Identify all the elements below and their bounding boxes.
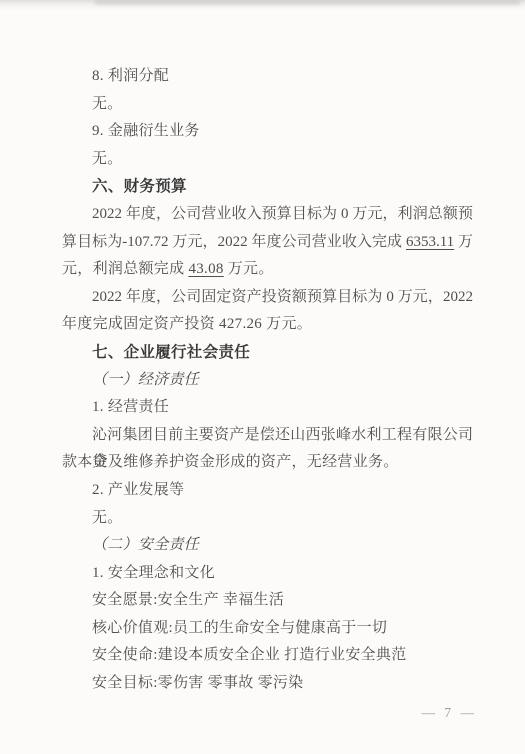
text-run: 万元。 <box>224 261 274 277</box>
subheading-safety-responsibility: （二）安全责任 <box>62 532 473 560</box>
text-run: 万 <box>454 234 473 250</box>
text-none-1: 无。 <box>62 91 473 119</box>
item-industry-development: 2. 产业发展等 <box>62 477 473 505</box>
line-safety-goals: 安全目标:零伤害 零事故 零污染 <box>62 670 473 698</box>
text-run: 算目标为-107.72 万元，2022 年度公司营业收入完成 <box>62 234 406 250</box>
underlined-profit-value: 43.08 <box>188 261 223 277</box>
para-budget-revenue-line1: 2022 年度，公司营业收入预算目标为 0 万元，利润总额预 <box>62 201 473 229</box>
item-financial-derivatives: 9. 金融衍生业务 <box>62 118 473 146</box>
heading-financial-budget: 六、财务预算 <box>62 173 473 201</box>
para-assets-line2: 款本金及维修养护资金形成的资产，无经营业务。 <box>62 449 473 477</box>
page-number: — 7 — <box>422 703 478 723</box>
item-safety-culture: 1. 安全理念和文化 <box>62 560 473 588</box>
item-profit-distribution: 8. 利润分配 <box>62 63 473 91</box>
line-safety-vision: 安全愿景:安全生产 幸福生活 <box>62 587 473 615</box>
para-fixed-assets-line2: 年度完成固定资产投资 427.26 万元。 <box>62 311 473 339</box>
scanned-document-page: 8. 利润分配 无。 9. 金融衍生业务 无。 六、财务预算 2022 年度，公… <box>0 0 525 754</box>
text-none-3: 无。 <box>62 505 473 533</box>
para-budget-revenue-line2: 算目标为-107.72 万元，2022 年度公司营业收入完成 6353.11 万 <box>62 229 473 257</box>
document-body: 8. 利润分配 无。 9. 金融衍生业务 无。 六、财务预算 2022 年度，公… <box>62 0 473 698</box>
subheading-economic-responsibility: （一）经济责任 <box>62 367 473 395</box>
line-safety-mission: 安全使命:建设本质安全企业 打造行业安全典范 <box>62 642 473 670</box>
text-run: 元，利润总额完成 <box>62 261 188 277</box>
para-budget-revenue-line3: 元，利润总额完成 43.08 万元。 <box>62 256 473 284</box>
item-operating-responsibility: 1. 经营责任 <box>62 394 473 422</box>
underlined-revenue-value: 6353.11 <box>406 234 454 250</box>
line-core-values: 核心价值观:员工的生命安全与健康高于一切 <box>62 615 473 643</box>
para-fixed-assets-line1: 2022 年度，公司固定资产投资额预算目标为 0 万元，2022 <box>62 284 473 312</box>
heading-social-responsibility: 七、企业履行社会责任 <box>62 339 473 367</box>
para-assets-line1: 沁河集团目前主要资产是偿还山西张峰水利工程有限公司贷 <box>62 422 473 450</box>
text-none-2: 无。 <box>62 146 473 174</box>
